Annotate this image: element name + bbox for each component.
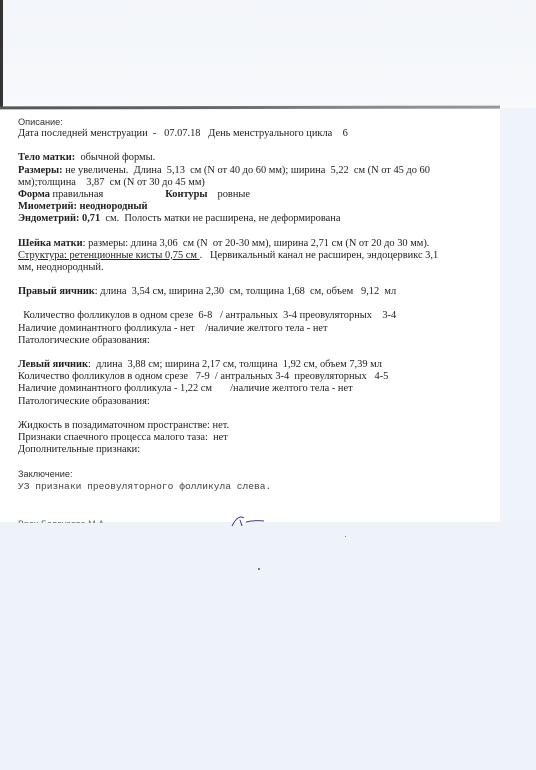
cervix-structure: Структура: ретенционные кисты 0,75 см . … bbox=[18, 250, 488, 262]
form-label: Форма bbox=[18, 189, 50, 200]
uterus-shape: обычной формы. bbox=[75, 152, 155, 163]
sizes-label: Размеры: bbox=[18, 165, 63, 176]
left-ovary-text: : длина 3,88 см; ширина 2,17 см, толщина… bbox=[88, 359, 382, 370]
left-ovary-line: Левый яичник: длина 3,88 см; ширина 2,17… bbox=[18, 359, 488, 371]
last-period-line: Дата последней менструации - 07.07.18 Де… bbox=[18, 128, 488, 140]
cervix-text: : размеры: длина 3,06 см (N от 20-30 мм)… bbox=[83, 238, 430, 249]
scanner-background-top bbox=[0, 0, 536, 110]
right-ovary-line: Правый яичник: длина 3,54 см, ширина 2,3… bbox=[18, 286, 488, 298]
left-ovary-dominant: Наличие доминантного фолликула - 1,22 см… bbox=[18, 383, 488, 395]
myometrium: Миометрий: неоднородный bbox=[18, 201, 488, 213]
right-ovary-text: : длина 3,54 см, ширина 2,30 см, толщина… bbox=[95, 286, 396, 297]
uterus-heading: Тело матки: обычной формы. bbox=[18, 152, 488, 164]
scan-speck bbox=[258, 568, 260, 570]
endometrium-text: см. Полость матки не расширена, не дефор… bbox=[100, 213, 340, 224]
ultrasound-report: Описание: Дата последней менструации - 0… bbox=[18, 116, 488, 493]
conclusion-label: Заключение: bbox=[18, 468, 488, 480]
adhesions-line: Признаки спаечного процесса малого таза:… bbox=[18, 432, 488, 444]
endocervix: мм, неоднородный. bbox=[18, 262, 488, 274]
cervix-line: Шейка матки: размеры: длина 3,06 см (N о… bbox=[18, 238, 488, 250]
form-value: правильная bbox=[50, 189, 103, 200]
conclusion-text: УЗ признаки преовуляторного фолликула сл… bbox=[18, 481, 488, 493]
structure-text: Структура: ретенционные кисты 0,75 см bbox=[18, 250, 200, 261]
signature-mark bbox=[230, 512, 270, 528]
left-ovary-title: Левый яичник bbox=[18, 359, 88, 370]
uterus-form: Форма правильнаяКонтурыровные bbox=[18, 189, 488, 201]
cervix-title: Шейка матки bbox=[18, 238, 83, 249]
contours-value: ровные bbox=[218, 189, 250, 200]
additional-line: Дополнительные признаки: bbox=[18, 444, 488, 456]
scan-speck bbox=[345, 536, 346, 537]
sizes-text: не увеличены. Длина 5,13 см (N от 40 до … bbox=[63, 165, 430, 176]
endometrium-label: Эндометрий: 0,71 bbox=[18, 213, 100, 224]
endometrium: Эндометрий: 0,71 см. Полость матки не ра… bbox=[18, 213, 488, 225]
uterus-title: Тело матки: bbox=[18, 152, 75, 163]
left-ovary-pathology: Патологические образования: bbox=[18, 396, 488, 408]
right-ovary-title: Правый яичник bbox=[18, 286, 95, 297]
uterus-thickness: мм);толщина 3,87 см (N от 30 до 45 мм) bbox=[18, 177, 488, 189]
scanner-background-bottom bbox=[0, 522, 536, 770]
right-ovary-dominant: Наличие доминантного фолликула - нет /на… bbox=[18, 323, 488, 335]
scanner-background-right bbox=[500, 108, 536, 522]
right-ovary-follicles: Количество фолликулов в одном срезе 6-8 … bbox=[18, 310, 488, 322]
left-ovary-follicles: Количество фолликулов в одном срезе 7-9 … bbox=[18, 371, 488, 383]
description-label: Описание: bbox=[18, 116, 488, 128]
uterus-sizes: Размеры: не увеличены. Длина 5,13 см (N … bbox=[18, 165, 488, 177]
cervical-canal: . Цервикальный канал не расширен, эндоце… bbox=[200, 250, 439, 261]
contours-label: Контуры bbox=[165, 189, 207, 200]
fluid-line: Жидкость в позадиматочном пространстве: … bbox=[18, 420, 488, 432]
right-ovary-pathology: Патологические образования: bbox=[18, 335, 488, 347]
doctor-signature-row: Врач Белоусова М.А. bbox=[18, 519, 438, 523]
